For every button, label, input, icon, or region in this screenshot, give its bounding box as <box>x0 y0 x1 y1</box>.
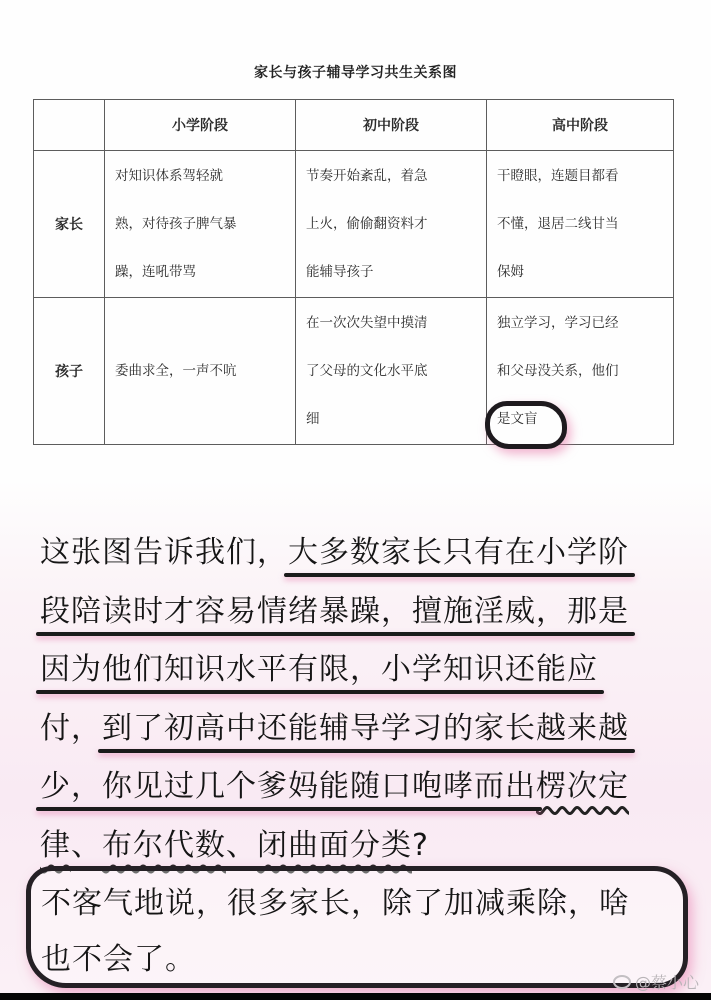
table-header-row: 小学阶段 初中阶段 高中阶段 <box>34 100 674 151</box>
cell-line: 独立学习，学习已经 <box>497 299 663 347</box>
cell-line: 能辅导孩子 <box>306 248 476 296</box>
boxed-line: 不客气地说，很多家长，除了加减乘除，啥 <box>41 876 681 932</box>
cell-children-high: 独立学习，学习已经 和父母没关系，他们 是文盲 <box>487 298 674 445</box>
relationship-table: 小学阶段 初中阶段 高中阶段 家长 对知识体系驾轻就 熟，对待孩子脾气暴 躁，连… <box>33 99 674 445</box>
wavy-underlined-text: 闭曲面分类 <box>257 828 412 863</box>
cell-line: 不懂，退居二线甘当 <box>497 200 663 248</box>
watermark-text: @蔡小心 <box>635 970 699 993</box>
separator: 、 <box>226 828 257 863</box>
commentary-line: 因为他们知识水平有限，小学知识还能应 <box>40 641 680 700</box>
header-corner <box>34 100 105 151</box>
cell-line: 节奏开始紊乱，着急 <box>306 152 476 200</box>
commentary-line: 这张图告诉我们，大多数家长只有在小学阶 <box>40 524 680 583</box>
cell-line: 了父母的文化水平底 <box>306 347 476 395</box>
cell-line: 躁，连吼带骂 <box>115 248 285 296</box>
bottom-black-bar <box>0 993 711 1000</box>
boxed-line: 也不会了。 <box>41 932 681 988</box>
plain-text: 这张图告诉我们， <box>40 535 288 570</box>
underlined-text: 因为他们知识水平有限，小学知识还能应 <box>40 652 598 687</box>
cell-line: 细 <box>306 395 476 443</box>
cell-line: 保姆 <box>497 248 663 296</box>
plain-text: 付， <box>40 711 102 746</box>
commentary-line: 少，你见过几个爹妈能随口咆哮而出楞次定 <box>40 758 680 817</box>
cell-children-middle: 在一次次失望中摸清 了父母的文化水平底 细 <box>296 298 487 445</box>
row-label-parents: 家长 <box>34 151 105 298</box>
cell-line: 上火，偷偷翻资料才 <box>306 200 476 248</box>
cell-parents-primary: 对知识体系驾轻就 熟，对待孩子脾气暴 躁，连吼带骂 <box>105 151 296 298</box>
underlined-text: 大多数家长只有在小学阶 <box>288 535 629 570</box>
wavy-underlined-text: 律 <box>40 828 71 863</box>
table-row-children: 孩子 委曲求全，一声不吭 在一次次失望中摸清 了父母的文化水平底 细 独立学习，… <box>34 298 674 445</box>
cell-line: 对知识体系驾轻就 <box>115 152 285 200</box>
header-middle-school: 初中阶段 <box>296 100 487 151</box>
cell-parents-middle: 节奏开始紊乱，着急 上火，偷偷翻资料才 能辅导孩子 <box>296 151 487 298</box>
cell-line: 熟，对待孩子脾气暴 <box>115 200 285 248</box>
cell-line: 委曲求全，一声不吭 <box>115 347 285 395</box>
question-mark: ? <box>412 828 429 863</box>
cell-line: 是文盲 <box>497 411 538 427</box>
document-page: 家长与孩子辅导学习共生关系图 小学阶段 初中阶段 高中阶段 家长 对知识体系驾轻… <box>0 0 711 993</box>
table-title: 家长与孩子辅导学习共生关系图 <box>0 62 711 82</box>
underlined-text: 段陪读时才容易情绪暴躁，擅施淫威，那是 <box>40 594 629 629</box>
cell-parents-high: 干瞪眼，连题目都看 不懂，退居二线甘当 保姆 <box>487 151 674 298</box>
boxed-conclusion: 不客气地说，很多家长，除了加减乘除，啥 也不会了。 <box>41 876 681 988</box>
commentary-line: 段陪读时才容易情绪暴躁，擅施淫威，那是 <box>40 583 680 642</box>
header-primary-school: 小学阶段 <box>105 100 296 151</box>
circled-annotation: 是文盲 <box>497 395 538 443</box>
separator: 、 <box>71 828 102 863</box>
commentary-paragraph: 这张图告诉我们，大多数家长只有在小学阶 段陪读时才容易情绪暴躁，擅施淫威，那是 … <box>40 524 680 875</box>
commentary-line: 付，到了初高中还能辅导学习的家长越来越 <box>40 700 680 759</box>
cell-line: 干瞪眼，连题目都看 <box>497 152 663 200</box>
wavy-underlined-text: 楞次定 <box>536 769 629 804</box>
header-high-school: 高中阶段 <box>487 100 674 151</box>
wavy-underlined-text: 布尔代数 <box>102 828 226 863</box>
cell-line: 和父母没关系，他们 <box>497 347 663 395</box>
underlined-text: 少，你见过几个爹妈能随口咆哮而出 <box>40 769 536 804</box>
weibo-icon <box>613 975 631 989</box>
row-label-children: 孩子 <box>34 298 105 445</box>
watermark: @蔡小心 <box>613 970 699 993</box>
underlined-text: 到了初高中还能辅导学习的家长越来越 <box>102 711 629 746</box>
table-row-parents: 家长 对知识体系驾轻就 熟，对待孩子脾气暴 躁，连吼带骂 节奏开始紊乱，着急 上… <box>34 151 674 298</box>
cell-line: 在一次次失望中摸清 <box>306 299 476 347</box>
cell-children-primary: 委曲求全，一声不吭 <box>105 298 296 445</box>
